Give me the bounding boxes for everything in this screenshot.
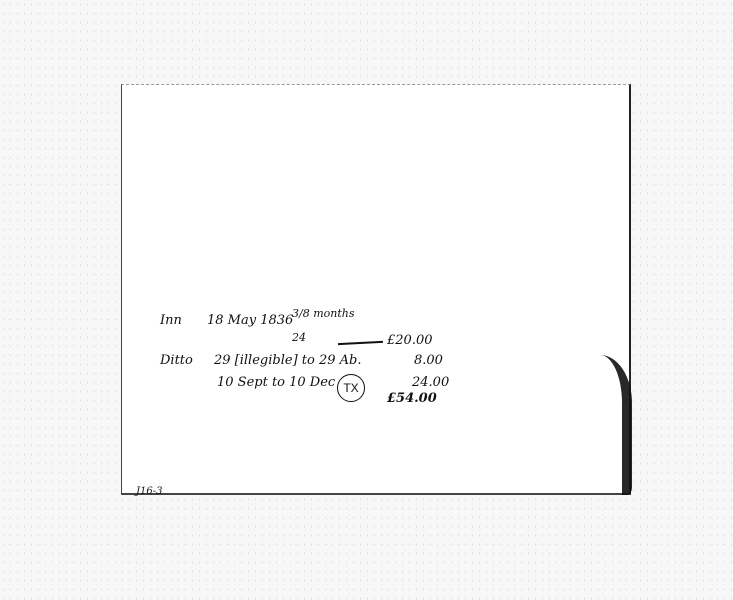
row-1-label: Inn: [160, 313, 182, 328]
tx-stamp: TX: [337, 374, 365, 402]
row-2-amount: 8.00: [414, 353, 443, 368]
strike-line: [338, 341, 383, 345]
total-amount: £54.00: [387, 391, 437, 406]
row-3-amount: 24.00: [412, 375, 449, 390]
row-1-note: 3/8 months: [292, 307, 355, 320]
ink-stain-edge: [600, 355, 632, 495]
row-2-label: Ditto: [160, 353, 193, 368]
reference-number: J16-3: [136, 486, 162, 497]
row-1-amount: £20.00: [387, 333, 433, 348]
row-1-date: 18 May 1836: [207, 313, 293, 328]
row-1-sub: 24: [292, 331, 306, 344]
row-2-date: 29 [illegible] to 29 Ab.: [214, 353, 361, 368]
row-3-date: 10 Sept to 10 Dec: [217, 375, 335, 390]
document-sheet: Inn 18 May 1836 3/8 months 24 £20.00 Dit…: [121, 84, 631, 495]
